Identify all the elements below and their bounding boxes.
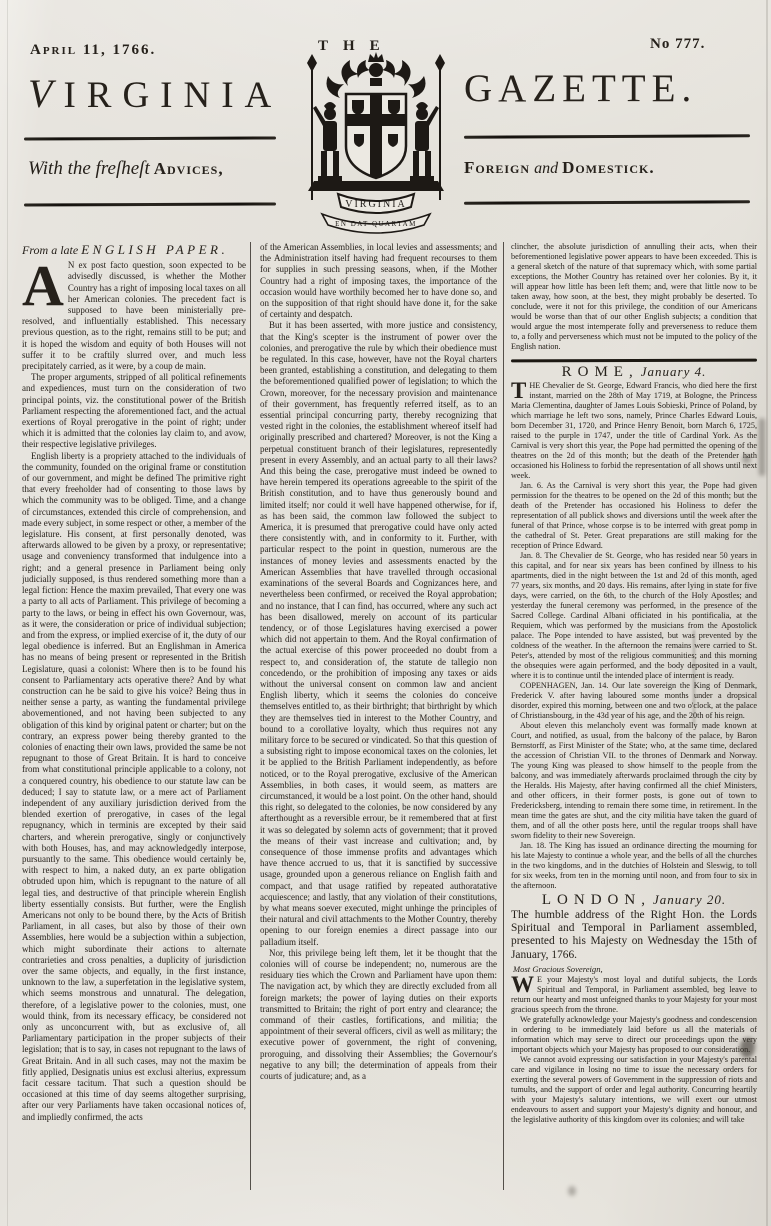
tagline-and: and — [534, 160, 558, 177]
section-divider-rule — [511, 359, 757, 362]
drop-cap: T — [511, 381, 529, 399]
tagline-foreign: Foreign — [464, 158, 530, 177]
article-paragraph: But it has been asserted, with more just… — [260, 320, 497, 947]
pedestal-icon — [308, 181, 444, 191]
crown-crest-icon — [368, 52, 384, 86]
nameplate-virginia: VIRGINIA — [28, 70, 282, 117]
masthead-rule-top-right — [464, 134, 750, 138]
article-paragraph: Nor, this privilege being left them, let… — [260, 948, 497, 1082]
article-paragraph: clincher, the absolute jurisdiction of a… — [511, 242, 757, 352]
newspaper-page: April 11, 1766. THE No 777. VIRGINIA GAZ… — [0, 0, 771, 1226]
motto-text: EN DAT QUARTAM — [335, 220, 417, 228]
issue-number: No 777. — [650, 36, 705, 53]
tagline-left: With the freſheſt Advices, — [28, 158, 224, 180]
supporter-left-icon — [313, 102, 342, 181]
article-paragraph: About eleven this melancholy event was f… — [511, 721, 757, 841]
banner-icon: VIRGINIA — [338, 194, 414, 213]
nameplate-gazette: GAZETTE. — [464, 66, 697, 111]
ink-stain — [568, 1186, 576, 1196]
article-paragraph: AN ex post facto question, soon expected… — [22, 260, 246, 372]
masthead-rule-bottom-right — [464, 200, 750, 204]
article-paragraph: Jan. 18. The King has issued an ordinanc… — [511, 841, 757, 891]
column-divider-1 — [250, 242, 251, 1190]
ink-stain — [742, 455, 751, 464]
article-paragraph: Jan. 6. As the Carnival is very short th… — [511, 481, 757, 551]
article-paragraph: We cannot avoid expressing our satisfact… — [511, 1055, 757, 1125]
ink-stain — [759, 418, 765, 476]
drop-cap: A — [22, 260, 68, 308]
column-divider-2 — [503, 242, 504, 1190]
dateline-london: LONDON, January 20. — [511, 895, 757, 907]
tagline-with-freshest: With the freſheſt — [28, 158, 150, 179]
dateline-city: LONDON, — [542, 892, 651, 908]
issue-date: April 11, 1766. — [30, 42, 156, 59]
article-paragraph: COPENHAGEN, Jan. 14. Our late sovereign … — [511, 681, 757, 721]
dateline-city: ROME, — [562, 364, 639, 380]
tagline-right: Foreign and Domestick. — [464, 158, 655, 178]
paper-crease — [693, 630, 695, 725]
masthead-rule-bottom-left — [24, 202, 276, 206]
dateline-rome: ROME, January 4. — [511, 367, 757, 379]
source-heading: From a late ENGLISH PAPER. — [22, 244, 246, 256]
source-heading-prefix: From a late — [22, 243, 78, 257]
tagline-domestick: Domestick. — [562, 158, 655, 177]
nameplate-initial: V — [28, 71, 63, 116]
article-paragraph: WE your Majesty's most loyal and dutiful… — [511, 975, 757, 1015]
article-paragraph: We gratefully acknowledge your Majesty's… — [511, 1015, 757, 1055]
article-paragraph: THE Chevalier de St. George, Edward Fran… — [511, 381, 757, 481]
paragraph-text: E your Majesty's most loyal and dutiful … — [511, 975, 757, 1014]
address-intro: The humble address of the Right Hon. the… — [511, 909, 757, 963]
banner-text: VIRGINIA — [345, 199, 407, 210]
tagline-advices: Advices, — [154, 159, 224, 178]
article-paragraph: of the American Assemblies, in local lev… — [260, 242, 497, 320]
dateline-date: January 4. — [641, 364, 707, 379]
dateline-date: January 20. — [653, 892, 726, 907]
column-3: clincher, the absolute jurisdiction of a… — [511, 242, 757, 1192]
shield-icon — [346, 94, 406, 178]
drop-cap: W — [511, 975, 537, 993]
masthead-rule-top-left — [24, 136, 276, 140]
article-paragraph: English liberty is a propriety attached … — [22, 451, 246, 1123]
supporter-right-icon — [410, 102, 439, 181]
article-paragraph: The proper arguments, stripped of all po… — [22, 372, 246, 450]
source-heading-caps: ENGLISH PAPER. — [81, 242, 228, 257]
motto-ribbon-icon: EN DAT QUARTAM — [322, 214, 430, 233]
virginia-coat-of-arms: VIRGINIA EN DAT QUARTAM — [288, 48, 464, 236]
article-paragraph: Jan. 8. The Chevalier de St. George, who… — [511, 551, 757, 681]
nameplate-virginia-rest: IRGINIA — [63, 75, 282, 116]
column-2: of the American Assemblies, in local lev… — [260, 242, 497, 1192]
column-1: From a late ENGLISH PAPER. AN ex post fa… — [22, 242, 246, 1192]
salutation: Most Gracious Sovereign, — [513, 964, 757, 974]
paragraph-text: HE Chevalier de St. George, Edward Franc… — [511, 381, 757, 480]
